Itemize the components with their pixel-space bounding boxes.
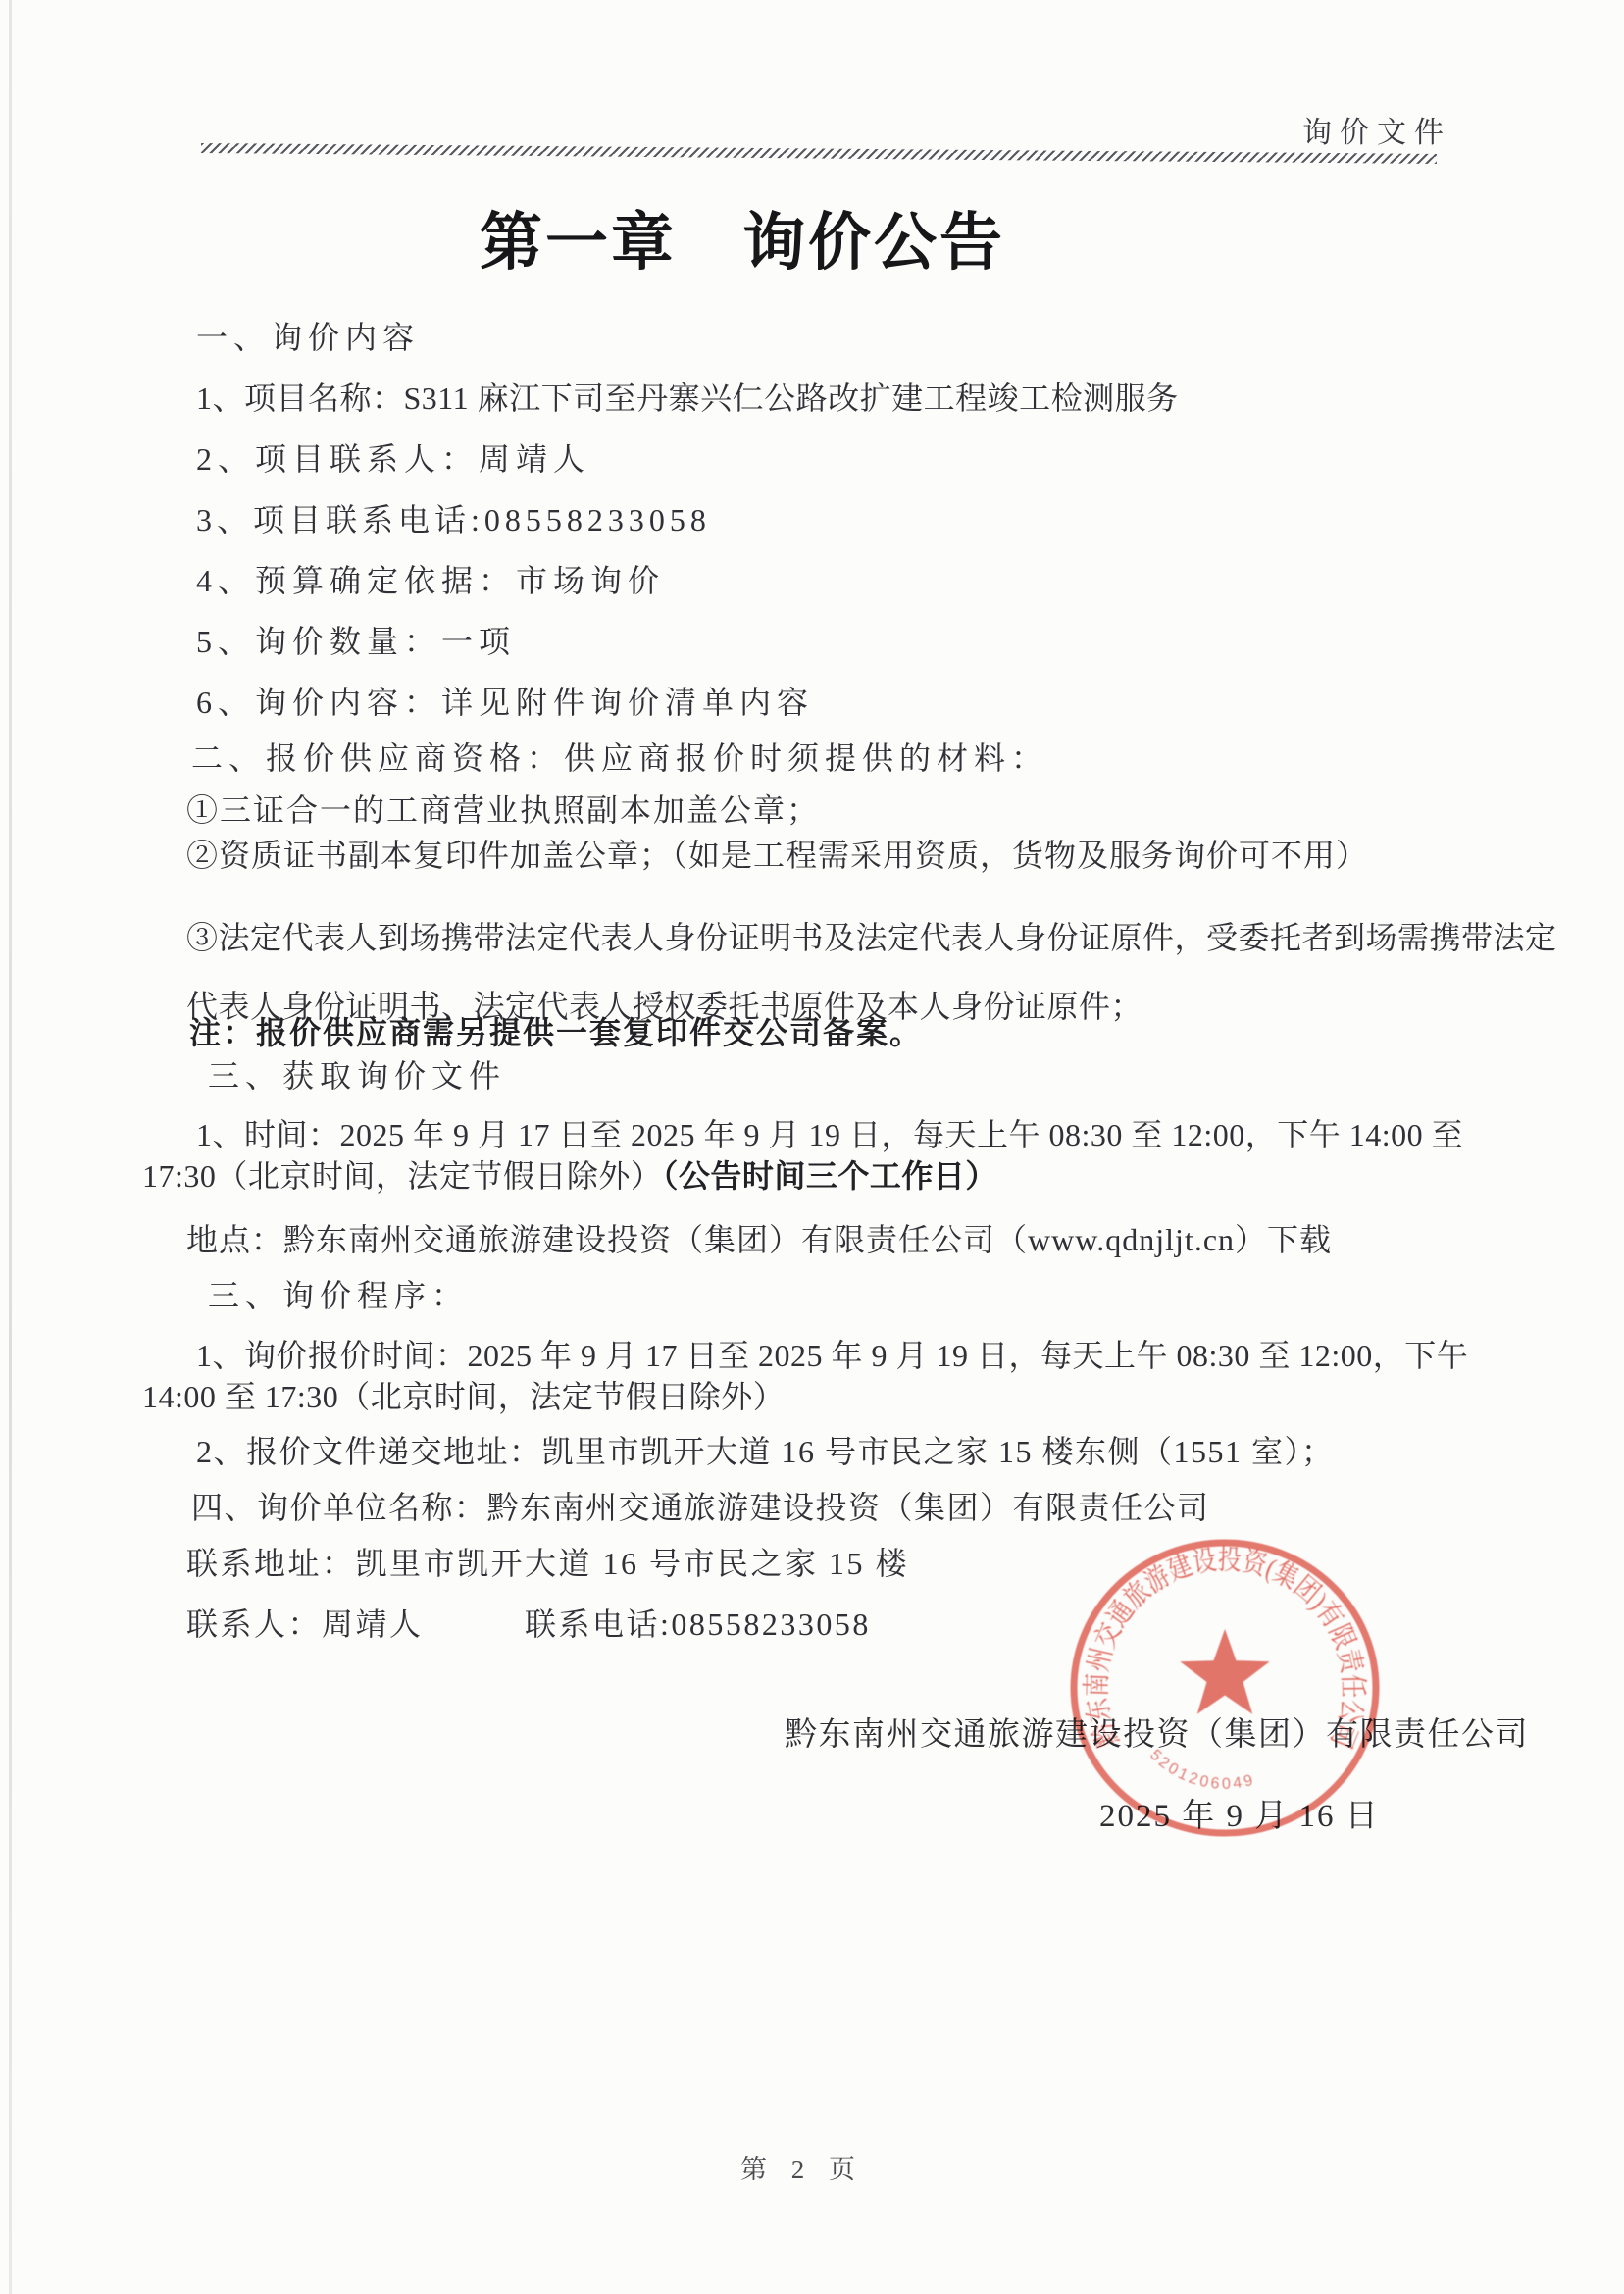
submission-address-text: 2、报价文件递交地址：凯里市凯开大道 16 号市民之家 15 楼东侧（1551 … [196,1434,1335,1469]
section-heading-text: 二、报价供应商资格：供应商报价时须提供的材料： [191,740,1048,776]
page-title: 第一章 询价公告 [0,192,1554,282]
section-heading-text: 三、询价程序： [208,1278,469,1313]
section-heading-4-unit-name: 四、询价单位名称：黔东南州交通旅游建设投资（集团）有限责任公司 [191,1486,1210,1529]
header-doc-type-label: 询价文件 [1302,108,1451,151]
note-text: 注：报价供应商需另提供一套复印件交公司备案。 [189,1015,923,1050]
section-heading-text: 三、获取询价文件 [208,1058,506,1094]
list-item-inquiry-quantity: 5、询价数量：一项 [196,620,516,663]
list-item-inquiry-content: 6、询价内容：详见附件询价清单内容 [196,681,814,724]
announcement-period-bold-text: （公告时间三个工作日） [662,1158,997,1194]
list-item-project-contact: 2、项目联系人：周靖人 [196,437,590,481]
submission-address-item: 2、报价文件递交地址：凯里市凯开大道 16 号市民之家 15 楼东侧（1551 … [196,1430,1335,1473]
quote-time-text: 1、询价报价时间：2025 年 9 月 17 日至 2025 年 9 月 19 … [142,1338,1468,1414]
requirement-text: ③法定代表人到场携带法定代表人身份证明书及法定代表人身份证原件，受委托者到场需携… [186,920,1557,1024]
list-item-text: 5、询价数量：一项 [196,624,516,659]
contact-person-text: 联系人：周靖人 联系电话:08558233058 [186,1606,871,1642]
list-item-project-name: 1、项目名称：S311 麻江下司至丹寨兴仁公路改扩建工程竣工检测服务 [196,377,1179,420]
requirement-text: ①三证合一的工商营业执照副本加盖公章； [186,792,820,828]
contact-address-text: 联系地址：凯里市凯开大道 16 号市民之家 15 楼 [186,1546,909,1581]
unit-name-text: 四、询价单位名称：黔东南州交通旅游建设投资（集团）有限责任公司 [191,1490,1210,1525]
requirement-item-1: ①三证合一的工商营业执照副本加盖公章； [186,789,820,832]
list-item-text: 4、预算确定依据：市场询价 [196,563,665,598]
section-heading-3-procedure: 三、询价程序： [208,1274,469,1317]
star-icon [1180,1629,1269,1714]
list-item-text: 2、项目联系人：周靖人 [196,441,590,477]
list-item-project-phone: 3、项目联系电话:08558233058 [196,498,711,541]
section-heading-2: 二、报价供应商资格：供应商报价时须提供的材料： [191,737,1048,780]
contact-person-line: 联系人：周靖人 联系电话:08558233058 [186,1603,871,1646]
requirement-text: ②资质证书副本复印件加盖公章；（如是工程需采用资质，货物及服务询价可不用） [186,838,1368,873]
seal-code-text: 5201206049 [1146,1747,1257,1793]
note-line: 注：报价供应商需另提供一套复印件交公司备案。 [189,1011,923,1054]
contact-address-line: 联系地址：凯里市凯开大道 16 号市民之家 15 楼 [186,1542,909,1585]
section-heading-text: 一、询价内容 [196,320,420,355]
list-item-budget-basis: 4、预算确定依据：市场询价 [196,559,665,602]
quote-time-item: 1、询价报价时间：2025 年 9 月 17 日至 2025 年 9 月 19 … [142,1335,1468,1417]
document-page: 询价文件 第一章 询价公告 一、询价内容 1、项目名称：S311 麻江下司至丹寨… [0,0,1624,2294]
scan-edge-artifact [9,0,12,2294]
obtain-time-item: 1、时间：2025 年 9 月 17 日至 2025 年 9 月 19 日，每天… [142,1114,1463,1197]
list-item-text: 3、项目联系电话:08558233058 [196,502,711,537]
obtain-location-item: 地点：黔东南州交通旅游建设投资（集团）有限责任公司（www.qdnjljt.cn… [186,1218,1332,1261]
list-item-text: 1、项目名称：S311 麻江下司至丹寨兴仁公路改扩建工程竣工检测服务 [196,381,1179,416]
section-heading-3-obtain: 三、获取询价文件 [208,1054,506,1097]
section-heading-1: 一、询价内容 [196,316,420,359]
requirement-item-2: ②资质证书副本复印件加盖公章；（如是工程需采用资质，货物及服务询价可不用） [186,834,1368,877]
page-number: 第 2 页 [0,2148,1614,2186]
obtain-location-text: 地点：黔东南州交通旅游建设投资（集团）有限责任公司（www.qdnjljt.cn… [186,1222,1332,1257]
company-seal-stamp: 黔东南州交通旅游建设投资(集团)有限责任公司 5201206049 [1062,1530,1388,1846]
list-item-text: 6、询价内容：详见附件询价清单内容 [196,685,814,720]
header-divider-hatch-line [201,143,1437,164]
